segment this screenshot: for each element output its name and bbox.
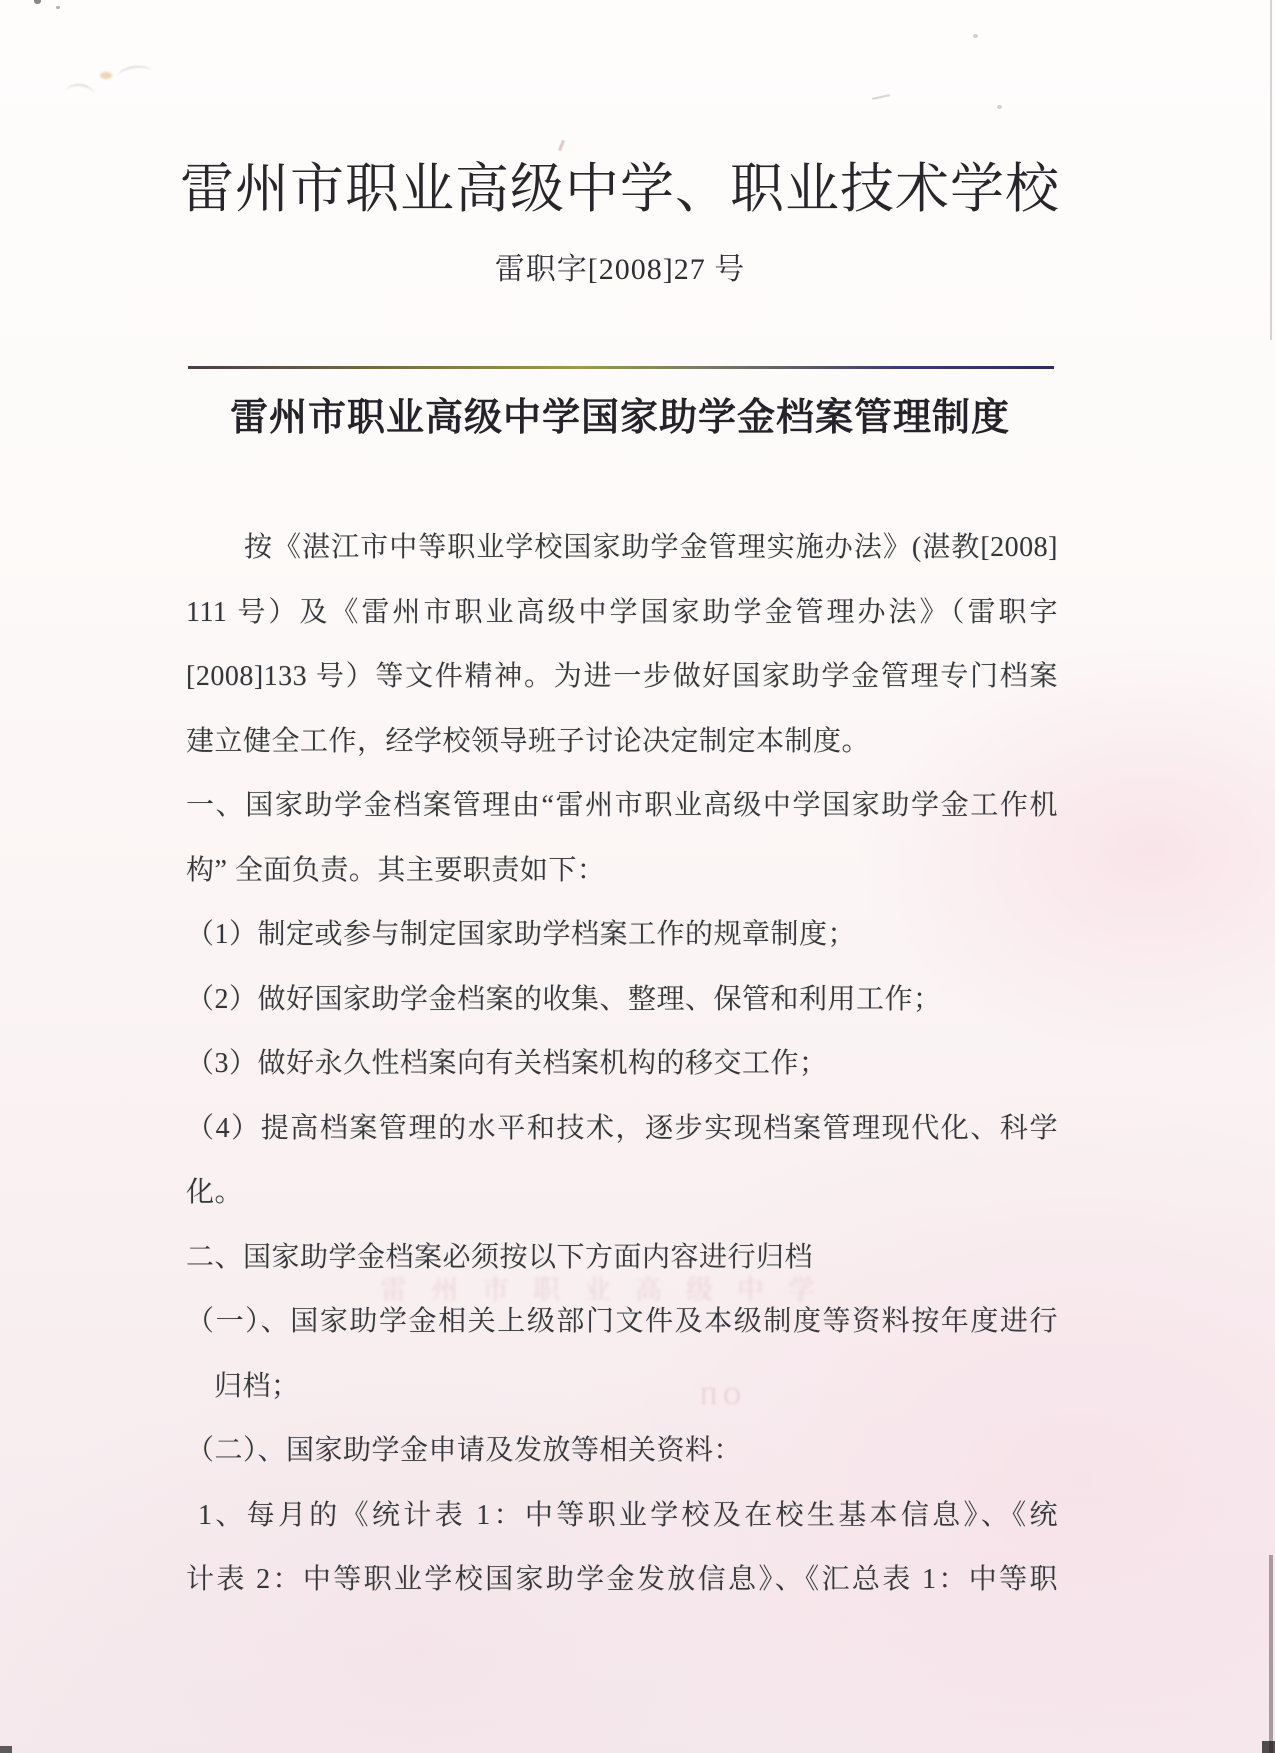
body-line: （2）做好国家助学金档案的收集、整理、保管和利用工作；	[186, 968, 1058, 1033]
body-line: （1）制定或参与制定国家助学档案工作的规章制度；	[186, 903, 1058, 968]
scanned-document-page: 雷州市职业高级中学、职业技术学校 雷职字[2008]27 号 雷州市职业高级中学…	[0, 0, 1275, 1753]
scan-speck	[56, 6, 60, 9]
body-line: 一、国家助学金档案管理由“雷州市职业高级中学国家助学金工作机	[186, 774, 1058, 839]
body-line: 1、每月的《统计表 1：中等职业学校及在校生基本信息》、《统	[186, 1484, 1058, 1549]
body-line: 归档；	[186, 1355, 1058, 1420]
body-line: 按《湛江市中等职业学校国家助学金管理实施办法》(湛教[2008]	[186, 516, 1058, 581]
body-line: （3）做好永久性档案向有关档案机构的移交工作；	[186, 1032, 1058, 1097]
pencil-smudge-mark	[117, 64, 153, 85]
scan-corner-mark	[1262, 1741, 1275, 1753]
school-name-header: 雷州市职业高级中学、职业技术学校	[178, 150, 1062, 228]
body-line: 计表 2：中等职业学校国家助学金发放信息》、《汇总表 1：中等职	[186, 1548, 1058, 1613]
body-line: [2008]133 号）等文件精神。为进一步做好国家助学金管理专门档案	[186, 645, 1058, 710]
document-title: 雷州市职业高级中学国家助学金档案管理制度	[178, 392, 1062, 444]
stray-pencil-dash	[872, 94, 890, 100]
body-line: （4）提高档案管理的水平和技术，逐步实现档案管理现代化、科学	[186, 1097, 1058, 1162]
scan-speck	[973, 34, 978, 38]
scan-corner-mark	[0, 1746, 12, 1753]
scan-speck	[34, 0, 41, 4]
document-number: 雷职字[2008]27 号	[178, 248, 1062, 292]
pencil-smudge-mark	[65, 82, 95, 103]
scan-speck	[997, 105, 1002, 109]
scan-edge-line	[1269, 1555, 1273, 1753]
body-line: 111 号）及《雷州市职业高级中学国家助学金管理办法》（雷职字	[186, 581, 1058, 646]
divider-rule	[188, 366, 1054, 369]
body-line: （一）、国家助学金相关上级部门文件及本级制度等资料按年度进行	[186, 1290, 1058, 1355]
ink-smudge-dot	[100, 72, 112, 79]
body-line: 二、国家助学金档案必须按以下方面内容进行归档	[186, 1226, 1058, 1291]
body-line: （二）、国家助学金申请及发放等相关资料：	[186, 1419, 1058, 1484]
body-line: 建立健全工作，经学校领导班子讨论决定制定本制度。	[186, 710, 1058, 775]
body-line: 化。	[186, 1161, 1058, 1226]
body-line: 构” 全面负责。其主要职责如下：	[186, 839, 1058, 904]
body-text: 按《湛江市中等职业学校国家助学金管理实施办法》(湛教[2008]111 号）及《…	[186, 516, 1058, 1613]
scan-edge-line	[1270, 0, 1272, 340]
